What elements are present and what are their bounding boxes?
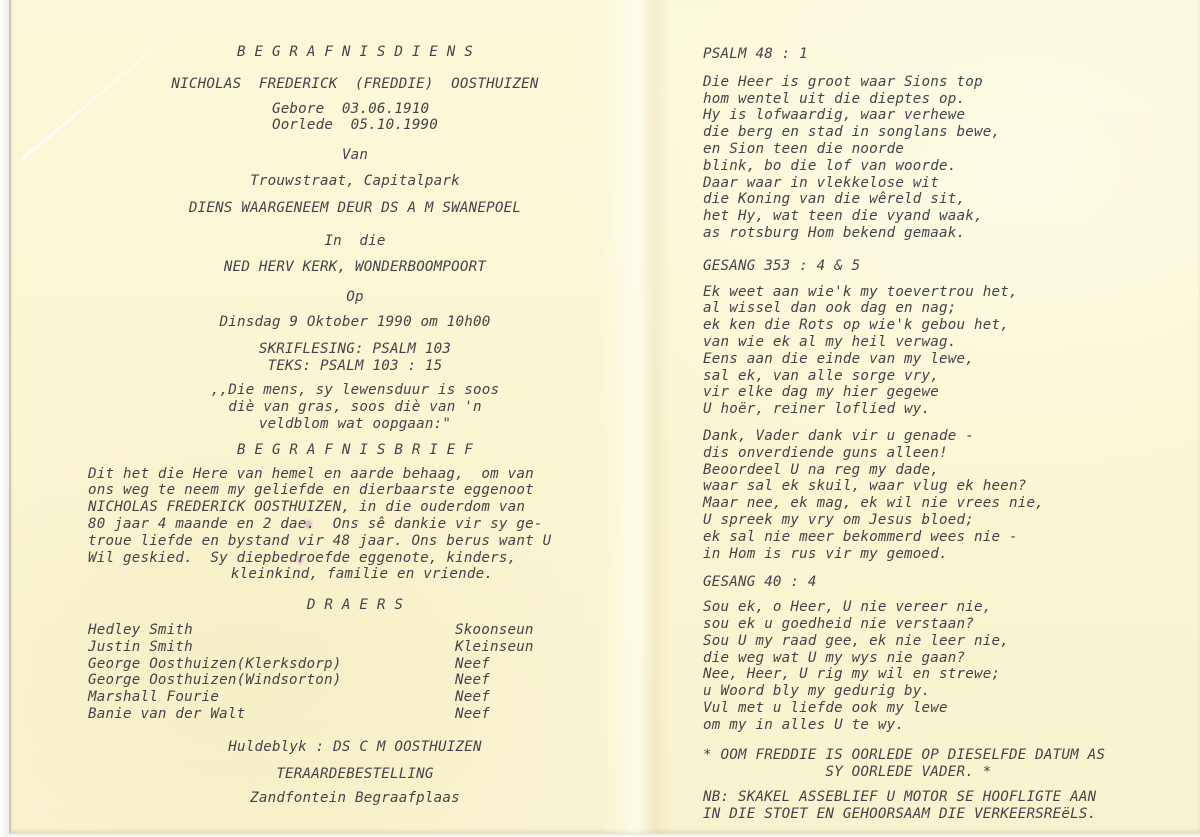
hymn-line: U hoër, reiner loflied wy.: [703, 401, 1188, 418]
interment-title: TERAARDEBESTELLING: [55, 766, 655, 783]
footnote-line: SY OORLEDE VADER. *: [703, 764, 1188, 781]
obituary-title: B E G R A F N I S B R I E F: [55, 442, 655, 459]
obituary-line: ons weg te neem my geliefde en dierbaars…: [88, 482, 636, 499]
psalm-48-stanza: Die Heer is groot waar Sions tophom went…: [703, 74, 1188, 242]
quote-line: veldblom wat oopgaan:": [55, 416, 655, 433]
op-label: Op: [55, 289, 655, 306]
obituary-line: Wil geskied. Sy diepbedroefde eggenote, …: [88, 550, 636, 567]
from-label: Van: [55, 147, 655, 164]
hymn-line: Eens aan die einde van my lewe,: [703, 351, 1188, 368]
bearers-list: Hedley Smith Skoonseun Justin Smith Klei…: [88, 622, 636, 723]
hymn-line: as rotsburg Hom bekend gemaak.: [703, 225, 1188, 242]
bearers-title: D R A E R S: [55, 597, 655, 614]
hymn-line: die Koning van die wêreld sit,: [703, 191, 1188, 208]
hymn-line: Sou U my raad gee, ek nie leer nie,: [703, 633, 1188, 650]
right-page: PSALM 48 : 1 Die Heer is groot waar Sion…: [703, 0, 1188, 823]
left-page: B E G R A F N I S D I E N S NICHOLAS FRE…: [55, 0, 655, 807]
bearer-row: George Oosthuizen(Windsorton) Neef: [88, 672, 636, 689]
tribute-line: Huldeblyk : DS C M OOSTHUIZEN: [55, 739, 655, 756]
quote-line: ,,Die mens, sy lewensduur is soos: [55, 382, 655, 399]
bearer-name: Justin Smith: [88, 639, 455, 656]
obituary-line: Dit het die Here van hemel en aarde beha…: [88, 466, 636, 483]
hymn-line: ek ken die Rots op wie'k gebou het,: [703, 317, 1188, 334]
bearer-row: Marshall Fourie Neef: [88, 689, 636, 706]
hymn-line: om my in alles U te wy.: [703, 717, 1188, 734]
nb-line: NB: SKAKEL ASSEBLIEF U MOTOR SE HOOFLIGT…: [703, 789, 1188, 806]
hymn-line: waar sal ek skuil, waar vlug ek heen?: [703, 478, 1188, 495]
obituary-line: NICHOLAS FREDERICK OOSTHUIZEN, in die ou…: [88, 499, 636, 516]
hymn-line: blink, bo die lof van woorde.: [703, 158, 1188, 175]
hymn-line: dis onverdiende guns alleen!: [703, 445, 1188, 462]
hymn-line: en Sion teen die noorde: [703, 141, 1188, 158]
bearer-name: George Oosthuizen(Klerksdorp): [88, 656, 455, 673]
church-name: NED HERV KERK, WONDERBOOMPOORT: [55, 259, 655, 276]
scan-edge-left: [0, 0, 9, 837]
footnote-line: * OOM FREDDIE IS OORLEDE OP DIESELFDE DA…: [703, 747, 1188, 764]
hymn-line: vir elke dag my hier gegewe: [703, 384, 1188, 401]
gesang-40-stanza: Sou ek, o Heer, U nie vereer nie,sou ek …: [703, 599, 1188, 733]
quote-line: diè van gras, soos diè van 'n: [55, 399, 655, 416]
obituary-paragraph: Dit het die Here van hemel en aarde beha…: [88, 466, 636, 584]
obituary-line: kleinkind, familie en vriende.: [88, 566, 636, 583]
bearer-row: Hedley Smith Skoonseun: [88, 622, 636, 639]
hymn-line: sal ek, van alle sorge vry,: [703, 368, 1188, 385]
bearer-row: Banie van der Walt Neef: [88, 706, 636, 723]
bearer-name: Banie van der Walt: [88, 706, 455, 723]
hymn-line: Vul met u liefde ook my lewe: [703, 700, 1188, 717]
cemetery-name: Zandfontein Begraafplaas: [55, 790, 655, 807]
deceased-name: NICHOLAS FREDERICK (FREDDIE) OOSTHUIZEN: [55, 76, 655, 93]
program-title: B E G R A F N I S D I E N S: [55, 44, 655, 61]
address: Trouwstraat, Capitalpark: [55, 173, 655, 190]
nb-notice: NB: SKAKEL ASSEBLIEF U MOTOR SE HOOFLIGT…: [703, 789, 1188, 823]
hymn-line: van wie ek al my heil verwag.: [703, 334, 1188, 351]
bearer-name: Marshall Fourie: [88, 689, 455, 706]
hymn-line: in Hom is rus vir my gemoed.: [703, 546, 1188, 563]
obituary-line: 80 jaar 4 maande en 2 dae. Ons sê dankie…: [88, 516, 636, 533]
hymn-line: Nee, Heer, U rig my wil en strewe;: [703, 666, 1188, 683]
gesang-40-heading: GESANG 40 : 4: [703, 574, 1188, 591]
bearer-relation: Neef: [455, 656, 490, 673]
hymn-line: Daar waar in vlekkelose wit: [703, 175, 1188, 192]
hymn-line: die weg wat U my wys nie gaan?: [703, 650, 1188, 667]
dates-block: Gebore 03.06.1910 Oorlede 05.10.1990: [272, 101, 438, 135]
bearer-relation: Neef: [455, 672, 490, 689]
bearer-row: George Oosthuizen(Klerksdorp) Neef: [88, 656, 636, 673]
service-datetime: Dinsdag 9 Oktober 1990 om 10h00: [55, 314, 655, 331]
hymn-line: Die Heer is groot waar Sions top: [703, 74, 1188, 91]
scripture-reading: SKRIFLESING: PSALM 103: [55, 341, 655, 358]
hymn-line: Dank, Vader dank vir u genade -: [703, 428, 1188, 445]
bearer-relation: Kleinseun: [455, 639, 534, 656]
hymn-line: Maar nee, ek mag, ek wil nie vrees nie,: [703, 495, 1188, 512]
died-date: Oorlede 05.10.1990: [272, 117, 438, 134]
hymn-line: ek sal nie meer bekommerd wees nie -: [703, 529, 1188, 546]
hymn-line: het Hy, wat teen die vyand waak,: [703, 208, 1188, 225]
bearer-name: George Oosthuizen(Windsorton): [88, 672, 455, 689]
footnote: * OOM FREDDIE IS OORLEDE OP DIESELFDE DA…: [703, 747, 1188, 781]
in-die-label: In die: [55, 233, 655, 250]
hymn-line: al wissel dan ook dag en nag;: [703, 300, 1188, 317]
text-reference: TEKS: PSALM 103 : 15: [55, 358, 655, 375]
bearer-name: Hedley Smith: [88, 622, 455, 639]
bearer-relation: Neef: [455, 706, 490, 723]
scan-edge-bottom: [9, 833, 1200, 837]
gesang-353-heading: GESANG 353 : 4 & 5: [703, 258, 1188, 275]
obituary-line: troue liefde en bystand vir 48 jaar. Ons…: [88, 533, 636, 550]
psalm-48-heading: PSALM 48 : 1: [703, 46, 1188, 63]
hymn-line: Beoordeel U na reg my dade,: [703, 462, 1188, 479]
nb-line: IN DIE STOET EN GEHOORSAAM DIE VERKEERSR…: [703, 806, 1188, 823]
hymn-line: hom wentel uit die dieptes op.: [703, 91, 1188, 108]
hymn-line: u Woord bly my gedurig by.: [703, 683, 1188, 700]
bearer-relation: Neef: [455, 689, 490, 706]
bearer-relation: Skoonseun: [455, 622, 534, 639]
gesang-353-stanza-1: Ek weet aan wie'k my toevertrou het,al w…: [703, 284, 1188, 418]
hymn-line: die berg en stad in songlans bewe,: [703, 124, 1188, 141]
hymn-line: Sou ek, o Heer, U nie vereer nie,: [703, 599, 1188, 616]
hymn-line: sou ek u goedheid nie verstaan?: [703, 616, 1188, 633]
hymn-line: U spreek my vry om Jesus bloed;: [703, 512, 1188, 529]
officiant-line: DIENS WAARGENEEM DEUR DS A M SWANEPOEL: [55, 200, 655, 217]
born-date: Gebore 03.06.1910: [272, 101, 438, 118]
hymn-line: Hy is lofwaardig, waar verhewe: [703, 107, 1188, 124]
scripture-quote: ,,Die mens, sy lewensduur is soosdiè van…: [55, 382, 655, 432]
hymn-line: Ek weet aan wie'k my toevertrou het,: [703, 284, 1188, 301]
bearer-row: Justin Smith Kleinseun: [88, 639, 636, 656]
gesang-353-stanza-2: Dank, Vader dank vir u genade -dis onver…: [703, 428, 1188, 562]
